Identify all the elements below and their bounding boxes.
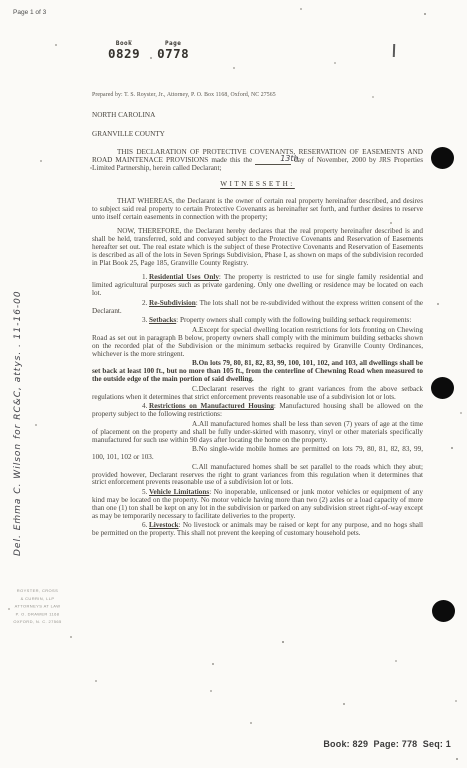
- recording-info-footer: Book: 829 Page: 778 Seq: 1: [323, 739, 451, 749]
- item-heading: Restrictions on Manufactured Housing: [149, 402, 274, 410]
- firm-stamp-line: P. O. Drawer 1168: [6, 610, 69, 618]
- covenant-item-3-sub-a: A.Except for special dwelling location r…: [92, 327, 423, 358]
- scan-noise: [0, 0, 2, 2]
- covenant-item-3-sub-b: B.On lots 79, 80, 81, 82, 83, 99, 100, 1…: [92, 360, 423, 383]
- handwritten-day-blank: 13th: [255, 156, 291, 165]
- firm-stamp-line: Royster, Cross: [6, 587, 69, 595]
- firm-stamp-line: Attorneys at Law: [6, 603, 69, 611]
- book-stamp-column: Book 0829: [108, 40, 140, 60]
- covenant-item-4-sub-c: C.All manufactured homes shall be set pa…: [92, 464, 423, 487]
- handwritten-day: 13th: [280, 154, 298, 163]
- law-firm-stamp: Royster, Cross & Currin, LLP Attorneys a…: [6, 587, 69, 626]
- item-heading: Re-Subdivision: [149, 299, 196, 307]
- hole-punch-dot: [432, 600, 455, 622]
- covenant-item-5: 5.Vehicle Limitations: No inoperable, un…: [92, 489, 423, 520]
- item-heading: Livestock: [149, 521, 179, 529]
- page-stamp-value: 0778: [157, 47, 189, 60]
- covenant-item-4-sub-a: A.All manufactured homes shall be less t…: [92, 421, 423, 444]
- handwritten-margin-note: Del. Emma C. Wilson for RC&C, attys. . 1…: [13, 290, 23, 556]
- item-heading: Setbacks: [149, 316, 176, 324]
- covenant-item-4-sub-b: B.No single-wide mobile homes are permit…: [92, 446, 423, 462]
- page-stamp-column: Page 0778: [157, 40, 189, 60]
- page-counter: Page 1 of 3: [13, 9, 46, 16]
- item-heading: Residential Uses Only: [149, 273, 219, 281]
- document-body: NORTH CAROLINA GRANVILLE COUNTY THIS DEC…: [92, 112, 423, 540]
- witnesseth-heading: WITNESSETH:: [92, 181, 423, 189]
- item-number: 3.: [117, 317, 149, 325]
- covenant-item-3-sub-c: C.Declarant reserves the right to grant …: [92, 386, 423, 402]
- firm-stamp-line: Oxford, N. C. 27565: [6, 618, 69, 626]
- prepared-by-line: Prepared by: T. S. Royster, Jr., Attorne…: [92, 92, 276, 98]
- hole-punch-dot: [431, 377, 454, 399]
- covenant-item-4: 4.Restrictions on Manufactured Housing: …: [92, 403, 423, 419]
- covenant-item-1: 1.Residential Uses Only: The property is…: [92, 274, 423, 297]
- book-page-stamp: Book 0829 Page 0778: [108, 40, 189, 60]
- firm-stamp-line: & Currin, LLP: [6, 595, 69, 603]
- pen-mark: [393, 44, 395, 57]
- now-therefore-paragraph: NOW, THEREFORE, the Declarant hereby dec…: [92, 228, 423, 267]
- county-heading: GRANVILLE COUNTY: [92, 131, 423, 139]
- item-heading: Vehicle Limitations: [149, 488, 209, 496]
- book-stamp-value: 0829: [108, 47, 140, 60]
- whereas-paragraph: THAT WHEREAS, the Declarant is the owner…: [92, 198, 423, 221]
- covenant-item-2: 2.Re-Subdivision: The lots shall not be …: [92, 300, 423, 316]
- covenant-item-3: 3.Setbacks: Property owners shall comply…: [92, 317, 423, 325]
- state-heading: NORTH CAROLINA: [92, 112, 423, 120]
- declaration-intro: THIS DECLARATION OF PROTECTIVE COVENANTS…: [92, 149, 423, 174]
- covenant-item-6: 6.Livestock: No livestock or animals may…: [92, 522, 423, 538]
- scanned-document-page: Page 1 of 3 Book 0829 Page 0778 Prepared…: [0, 0, 467, 768]
- hole-punch-dot: [431, 147, 454, 169]
- item-text: : Property owners shall comply with the …: [176, 316, 411, 324]
